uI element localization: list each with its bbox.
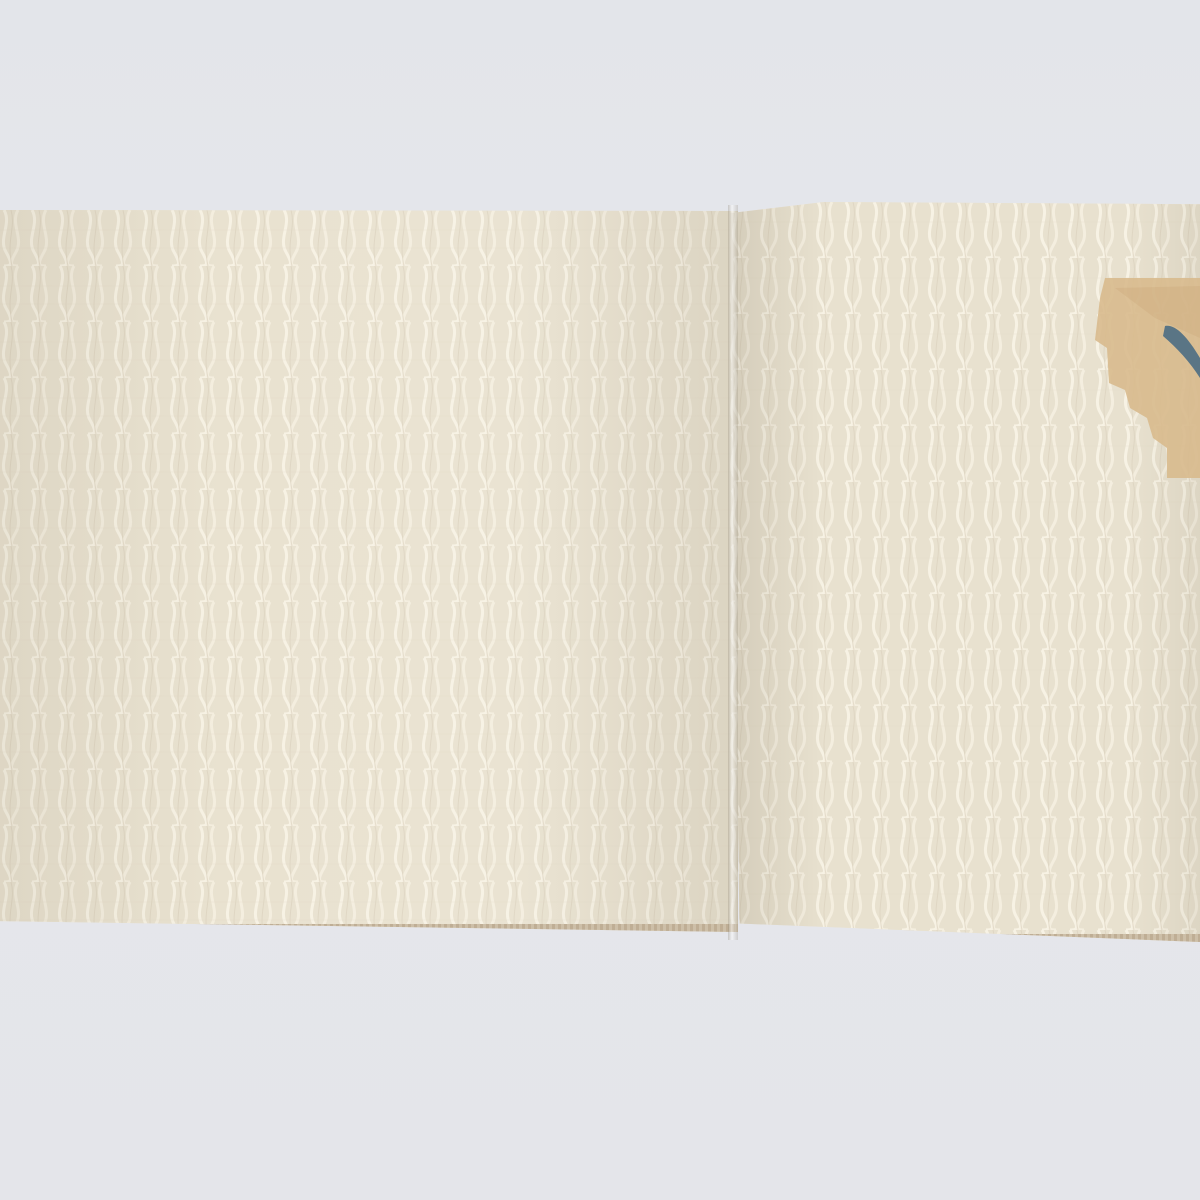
obi-fabric-left-panel: [0, 210, 738, 932]
fabric-hem-edge: [0, 924, 738, 932]
tan-blue-woven-motif: [1095, 278, 1200, 478]
fabric-hem-edge: [730, 934, 1200, 942]
fabric-shading: [0, 210, 738, 932]
fabric-fold: [728, 205, 738, 940]
product-photo: [0, 0, 1200, 1200]
